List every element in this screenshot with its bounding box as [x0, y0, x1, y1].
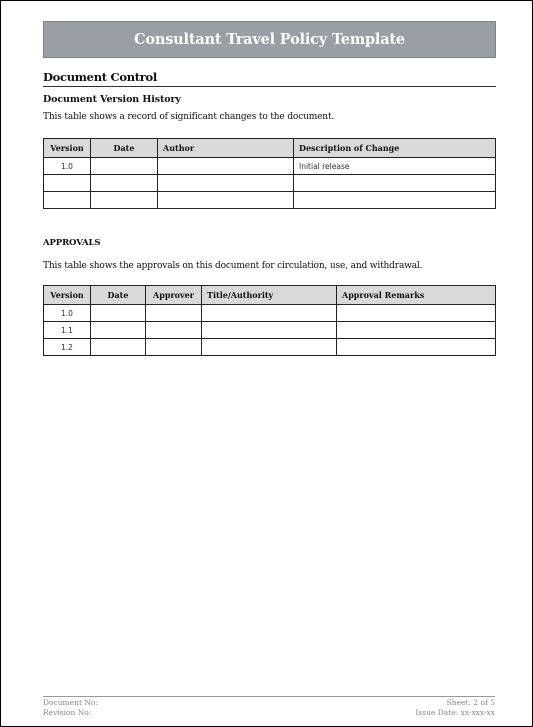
cell-date[interactable] — [91, 175, 158, 192]
cell-date[interactable] — [91, 158, 158, 175]
approvals-heading: APPROVALS — [43, 238, 100, 248]
cell-date[interactable] — [91, 322, 146, 339]
cell-approval-remarks[interactable] — [337, 339, 496, 356]
column-header-version: Version — [44, 139, 91, 158]
title-banner: Consultant Travel Policy Template — [43, 21, 496, 58]
table-row: 1.2 — [44, 339, 496, 356]
approvals-intro: This table shows the approvals on this d… — [43, 261, 422, 271]
cell-version[interactable]: 1.0 — [44, 305, 91, 322]
cell-title-authority[interactable] — [202, 339, 337, 356]
table-row: 1.1 — [44, 322, 496, 339]
cell-version[interactable]: 1.1 — [44, 322, 91, 339]
table-row: 1.0 — [44, 305, 496, 322]
cell-date[interactable] — [91, 305, 146, 322]
cell-date[interactable] — [91, 192, 158, 209]
column-header-approval-remarks: Approval Remarks — [337, 286, 496, 305]
column-header-approver: Approver — [146, 286, 202, 305]
cell-description[interactable]: Initial release — [294, 158, 496, 175]
footer-revision-no: Revision No: — [43, 708, 91, 717]
approvals-table: Version Date Approver Title/Authority Ap… — [43, 285, 496, 356]
document-title: Consultant Travel Policy Template — [134, 31, 405, 48]
cell-approval-remarks[interactable] — [337, 305, 496, 322]
cell-title-authority[interactable] — [202, 305, 337, 322]
cell-title-authority[interactable] — [202, 322, 337, 339]
cell-approver[interactable] — [146, 339, 202, 356]
cell-approver[interactable] — [146, 322, 202, 339]
cell-author[interactable] — [158, 175, 294, 192]
table-row: 1.0 Initial release — [44, 158, 496, 175]
column-header-date: Date — [91, 286, 146, 305]
footer-issue-date: Issue Date: xx-xxx-xx — [415, 708, 495, 717]
cell-version[interactable]: 1.0 — [44, 158, 91, 175]
cell-version[interactable]: 1.2 — [44, 339, 91, 356]
footer-sheet: Sheet: 2 of 5 — [447, 698, 495, 707]
column-header-title-authority: Title/Authority — [202, 286, 337, 305]
table-row — [44, 175, 496, 192]
column-header-description: Description of Change — [294, 139, 496, 158]
cell-description[interactable] — [294, 175, 496, 192]
cell-author[interactable] — [158, 192, 294, 209]
cell-author[interactable] — [158, 158, 294, 175]
cell-approver[interactable] — [146, 305, 202, 322]
cell-description[interactable] — [294, 192, 496, 209]
version-history-intro: This table shows a record of significant… — [43, 112, 334, 122]
version-history-table: Version Date Author Description of Chang… — [43, 138, 496, 209]
cell-approval-remarks[interactable] — [337, 322, 496, 339]
column-header-version: Version — [44, 286, 91, 305]
column-header-author: Author — [158, 139, 294, 158]
table-row — [44, 192, 496, 209]
footer-document-no: Document No: — [43, 698, 98, 707]
column-header-date: Date — [91, 139, 158, 158]
section-divider — [43, 86, 496, 87]
cell-date[interactable] — [91, 339, 146, 356]
cell-version[interactable] — [44, 192, 91, 209]
page-frame — [0, 0, 533, 727]
version-history-heading: Document Version History — [43, 94, 181, 105]
footer-divider — [43, 696, 495, 697]
cell-version[interactable] — [44, 175, 91, 192]
section-heading: Document Control — [43, 70, 157, 84]
